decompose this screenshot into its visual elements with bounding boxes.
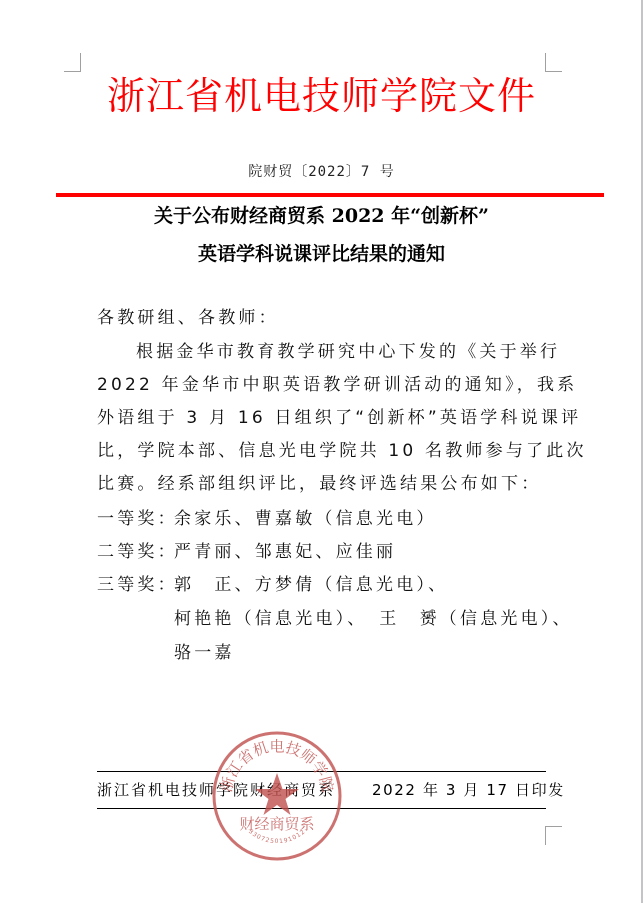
award-third-names: 骆一嘉 [174,642,235,664]
award-first-names: 余家乐、曹嘉敏（信息光电） [174,508,437,530]
footer-rule-bottom [97,808,546,809]
award-first-label: 一等奖： [97,508,178,530]
award-second-label: 二等奖： [97,541,178,563]
footer-date: 2022 年 3 月 17 日印发 [372,779,565,801]
seal-serial: 3307250191012 [247,828,307,845]
footer-rule-top [97,771,546,772]
award-third-names: 郭 正、方梦倩（信息光电）、 [174,574,448,596]
award-third-names: 柯艳艳（信息光电）、 王 赟（信息光电）、 [174,608,573,630]
paragraph-line: 根据金华市教育教学研究中心下发的《关于举行 [136,341,560,363]
seal-center-text: 财经商贸系 [239,815,314,833]
margin-corner-top-right [545,53,562,72]
paragraph-line: 2022 年金华市中职英语教学研训活动的通知》，我系 [97,374,577,396]
footer-issuer: 浙江省机电技师学院财经商贸系 [97,779,335,801]
document-title-line-2: 英语学科说课评比结果的通知 [0,240,643,268]
margin-corner-bottom-right [545,826,562,845]
red-divider [56,193,604,197]
paragraph-line: 比，学院本部、信息光电学院共 10 名教师参与了此次 [97,440,587,462]
document-number: 院财贸〔2022〕7 号 [0,162,643,182]
salutation: 各教研组、各教师： [97,307,279,329]
issuer-masthead: 浙江省机电技师学院文件 [0,72,643,120]
award-second-names: 严青丽、邹惠妃、应佳丽 [174,541,396,563]
document-title-line-1: 关于公布财经商贸系 2022 年“创新杯” [0,202,643,230]
paragraph-line: 外语组于 3 月 16 日组织了“创新杯”英语学科说课评 [97,407,581,429]
margin-corner-top-left [64,53,81,72]
paragraph-line: 比赛。经系部组织评比，最终评选结果公布如下： [97,473,541,495]
award-third-label: 三等奖： [97,574,178,596]
